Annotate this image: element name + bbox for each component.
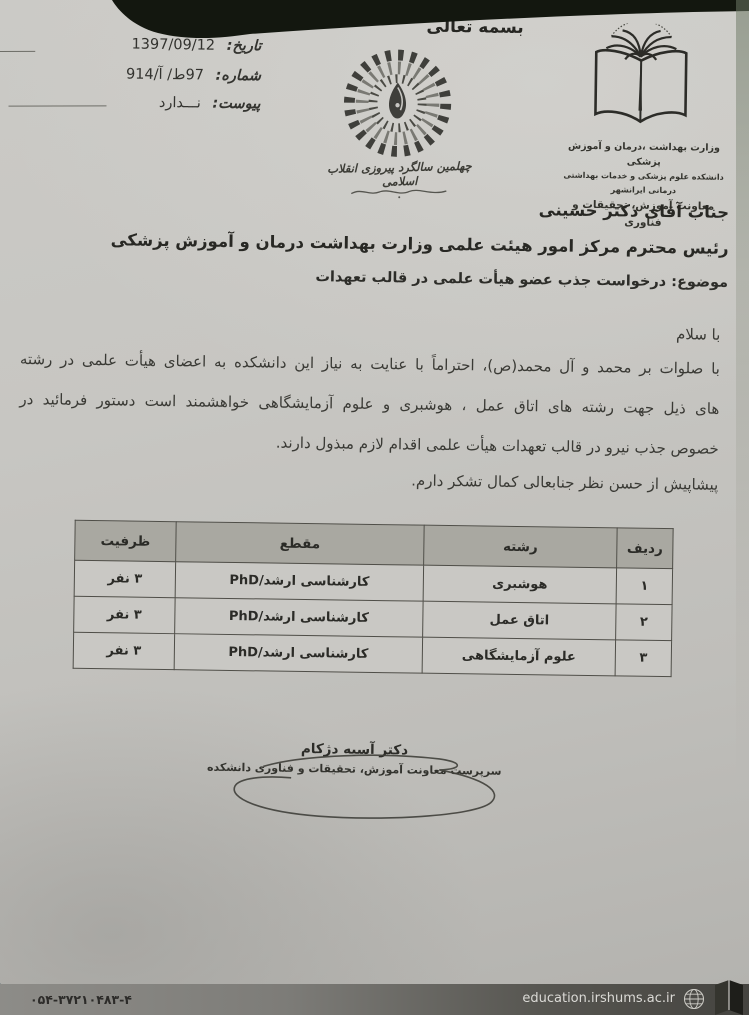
footer-band: ۰۵۴-۳۷۲۱۰۴۸۳-۴ education.irshums.ac.ir bbox=[0, 984, 749, 1015]
handwritten-signature bbox=[200, 738, 521, 834]
attachment-value: نـــدارد bbox=[159, 95, 201, 112]
subject-line: موضوع: درخواست جذب عضو هیأت علمی در قالب… bbox=[24, 262, 728, 294]
recipient-title: رئیس محترم مرکز امور هیئت علمی وزارت بهد… bbox=[24, 227, 728, 261]
recipient-block: جناب آقای دکتر حسینی رئیس محترم مرکز امو… bbox=[24, 191, 729, 294]
header-zarfiat: ظرفیت bbox=[75, 520, 177, 561]
cell-reshte: هوشبری bbox=[423, 565, 616, 604]
header-maghta: مقطع bbox=[176, 522, 425, 565]
header-reshte: رشته bbox=[424, 525, 618, 568]
ministry-line2: دانشکده علوم پزشکی و خدمات بهداشتی درمان… bbox=[553, 168, 733, 199]
footer-phone: ۰۵۴-۳۷۲۱۰۴۸۳-۴ bbox=[30, 992, 132, 1007]
cell-maghta: کارشناسی ارشد/PhD bbox=[174, 634, 422, 673]
cell-reshte: علوم آزمایشگاهی bbox=[422, 637, 615, 676]
cell-zarfiat: ۳ نفر bbox=[73, 632, 174, 669]
letter-paper: بسمه تعالی تاریخ: 1397/09/12 شماره: 97ط/… bbox=[0, 0, 749, 1015]
ministry-line1: وزارت بهداشت ،درمان و آموزش پزشکی bbox=[554, 138, 734, 171]
cell-radif: ۲ bbox=[616, 604, 672, 641]
footer-website: education.irshums.ac.ir bbox=[522, 991, 675, 1006]
paper-edge-shadow bbox=[736, 0, 749, 792]
cell-reshte: اتاق عمل bbox=[423, 601, 616, 640]
body-line: با صلوات بر محمد و آل محمد(ص)، احتراماً … bbox=[20, 347, 720, 381]
meta-number-line: شماره: 97ط/ آ/914 bbox=[126, 66, 261, 84]
cell-maghta: کارشناسی ارشد/PhD bbox=[175, 562, 423, 601]
attachment-label: پیوست: bbox=[212, 96, 260, 113]
cell-maghta: کارشناسی ارشد/PhD bbox=[175, 598, 423, 637]
body-line: های ذیل جهت رشته های اتاق عمل ، هوشبری و… bbox=[19, 387, 719, 421]
globe-icon bbox=[683, 988, 705, 1014]
ruled-line bbox=[8, 105, 106, 106]
positions-table: ردیف رشته مقطع ظرفیت ۱ هوشبری کارشناسی ا… bbox=[73, 520, 674, 677]
open-book-icon bbox=[713, 978, 745, 1015]
ruled-line bbox=[0, 51, 35, 52]
number-label: شماره: bbox=[215, 68, 261, 85]
cell-radif: ۳ bbox=[615, 640, 671, 677]
number-value: 97ط/ آ/914 bbox=[126, 66, 204, 83]
body-line: خصوص جذب نیرو در قالب تعهدات هیأت علمی ا… bbox=[19, 427, 719, 461]
table-row: ۳ علوم آزمایشگاهی کارشناسی ارشد/PhD ۳ نف… bbox=[73, 632, 671, 676]
scanned-letter-photo: بسمه تعالی تاریخ: 1397/09/12 شماره: 97ط/… bbox=[0, 0, 749, 1015]
cell-zarfiat: ۳ نفر bbox=[74, 596, 175, 633]
cell-radif: ۱ bbox=[616, 568, 672, 605]
meta-attachment-line: پیوست: نـــدارد bbox=[159, 95, 261, 112]
anniversary-emblem-icon bbox=[338, 43, 458, 167]
cell-zarfiat: ۳ نفر bbox=[74, 560, 175, 597]
body-salutation: با سلام bbox=[20, 313, 720, 347]
body-closing: پیشاپیش از حسن نظر جنابعالی کمال تشکر دا… bbox=[18, 463, 718, 497]
header-radif: ردیف bbox=[617, 528, 674, 569]
photo-background-edge bbox=[0, 0, 749, 46]
